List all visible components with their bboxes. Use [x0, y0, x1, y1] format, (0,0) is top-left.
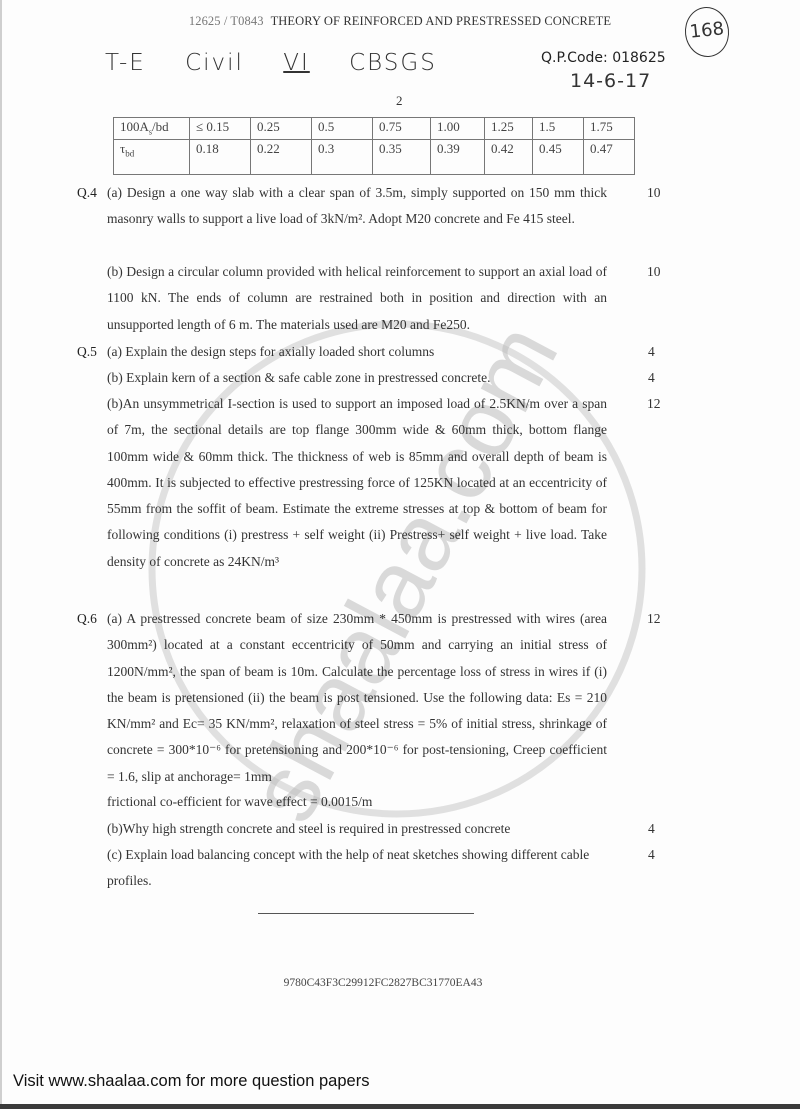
- question-paper-page: shaalaa.com 12625 / T0843 THEORY OF REIN…: [0, 0, 800, 1109]
- paper-header: 12625 / T0843 THEORY OF REINFORCED AND P…: [0, 14, 800, 29]
- bond-stress-table: 100As/bd ≤ 0.15 0.25 0.5 0.75 1.00 1.25 …: [113, 117, 635, 175]
- table-cell: 0.39: [431, 140, 485, 175]
- marks-5a: 4: [648, 339, 655, 365]
- question-part-5b: (b) Explain kern of a section & safe cab…: [107, 365, 607, 391]
- subject-title: THEORY OF REINFORCED AND PRESTRESSED CON…: [271, 14, 612, 28]
- question-part-4a: (a) Design a one way slab with a clear s…: [107, 180, 607, 233]
- table-cell: 0.25: [251, 118, 312, 140]
- table-cell: 100As/bd: [114, 118, 190, 140]
- paper-hash: 9780C43F3C29912FC2827BC31770EA43: [0, 977, 800, 989]
- question-part-6a: (a) A prestressed concrete beam of size …: [107, 606, 607, 790]
- end-divider: [258, 913, 474, 914]
- table-cell: 1.75: [584, 118, 635, 140]
- table-cell: ≤ 0.15: [190, 118, 251, 140]
- question-part-6a-extra: frictional co-efficient for wave effect …: [107, 789, 607, 815]
- paper-code: 12625 / T0843: [189, 14, 264, 28]
- table-cell: 0.5: [312, 118, 373, 140]
- page-bottom-border: [0, 1104, 800, 1109]
- question-part-4b: (b) Design a circular column provided wi…: [107, 259, 607, 338]
- hw-semester: VI: [283, 50, 310, 76]
- question-part-6c: (c) Explain load balancing concept with …: [107, 842, 607, 895]
- marks-6b: 4: [648, 816, 655, 842]
- hw-branch: Civil: [185, 50, 244, 76]
- table-row: τbd 0.18 0.22 0.3 0.35 0.39 0.42 0.45 0.…: [114, 140, 635, 175]
- question-part-5a: (a) Explain the design steps for axially…: [107, 339, 607, 365]
- table-cell: 0.22: [251, 140, 312, 175]
- table-cell: 0.3: [312, 140, 373, 175]
- handwritten-date: 14-6-17: [570, 70, 651, 92]
- handwritten-course-note: T-E Civil VI CBSGS: [105, 50, 467, 76]
- marks-4b: 10: [647, 259, 661, 285]
- marks-6c: 4: [648, 842, 655, 868]
- hw-scheme: CBSGS: [349, 50, 437, 76]
- question-part-5c: (b)An unsymmetrical I-section is used to…: [107, 391, 607, 575]
- question-label: Q.6: [77, 606, 97, 632]
- circled-page-number: 168: [683, 5, 732, 59]
- table-cell: τbd: [114, 140, 190, 175]
- table-row: 100As/bd ≤ 0.15 0.25 0.5 0.75 1.00 1.25 …: [114, 118, 635, 140]
- table-cell: 1.5: [533, 118, 584, 140]
- table-cell: 0.75: [373, 118, 431, 140]
- hw-year: T-E: [105, 50, 146, 76]
- question-label: Q.4: [77, 180, 97, 206]
- table-cell: 0.42: [485, 140, 533, 175]
- marks-4a: 10: [647, 180, 661, 206]
- table-cell: 1.25: [485, 118, 533, 140]
- qp-code: Q.P.Code: 018625: [541, 50, 666, 66]
- page-number: 2: [396, 93, 403, 109]
- table-cell: 0.35: [373, 140, 431, 175]
- marks-5b: 4: [648, 365, 655, 391]
- marks-5c: 12: [647, 391, 661, 417]
- promo-footer-link[interactable]: Visit www.shaalaa.com for more question …: [13, 1072, 369, 1091]
- question-label: Q.5: [77, 339, 97, 365]
- page-edge: [0, 0, 2, 1109]
- marks-6a: 12: [647, 606, 661, 632]
- table-cell: 0.45: [533, 140, 584, 175]
- table-cell: 0.47: [584, 140, 635, 175]
- table-cell: 0.18: [190, 140, 251, 175]
- table-cell: 1.00: [431, 118, 485, 140]
- question-part-6b: (b)Why high strength concrete and steel …: [107, 816, 607, 842]
